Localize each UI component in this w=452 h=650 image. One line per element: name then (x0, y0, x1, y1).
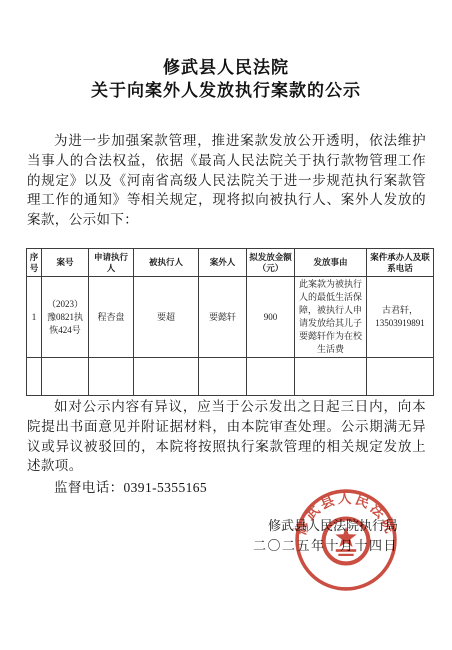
objection-text: 如对公示内容有异议，应当于公示发出之日起三日内，向本院提出书面意见并附证据材料，… (27, 397, 426, 476)
header-applicant: 申请执行人 (89, 249, 134, 277)
national-emblem-icon (324, 519, 369, 564)
document-title: 修武县人民法院 关于向案外人发放执行案款的公示 (0, 56, 452, 102)
header-seq: 序号 (27, 249, 42, 277)
cell-seq: 1 (27, 277, 42, 358)
cell-reason: 此案款为被执行人的最低生活保障，被执行人申请发放给其儿子要懿轩作为在校生活费 (295, 277, 367, 358)
handler-phone: 13503919891 (369, 317, 431, 330)
objection-paragraph: 如对公示内容有异议，应当于公示发出之日起三日内，向本院提出书面意见并附证据材料，… (27, 397, 426, 498)
header-reason: 发放事由 (295, 249, 367, 277)
cell-case-no: （2023）豫0821执恢424号 (42, 277, 89, 358)
notice-title: 关于向案外人发放执行案款的公示 (0, 79, 452, 102)
case-funds-table: 序号 案号 申请执行人 被执行人 案外人 拟发放金额（元） 发放事由 案件承办人… (26, 248, 434, 396)
court-seal: 修武县人民法院 (293, 487, 399, 593)
header-case-no: 案号 (42, 249, 89, 277)
intro-paragraph: 为进一步加强案款管理，推进案款发放公开透明，依法维护当事人的合法权益，依据《最高… (27, 131, 426, 230)
cell-amount: 900 (247, 277, 295, 358)
header-outsider: 案外人 (199, 249, 247, 277)
table-row: 1 （2023）豫0821执恢424号 程杏盘 要超 要懿轩 900 此案款为被… (27, 277, 434, 358)
table-row-empty (27, 358, 434, 396)
intro-text: 为进一步加强案款管理，推进案款发放公开透明，依法维护当事人的合法权益，依据《最高… (27, 131, 426, 230)
table-header-row: 序号 案号 申请执行人 被执行人 案外人 拟发放金额（元） 发放事由 案件承办人… (27, 249, 434, 277)
header-amount: 拟发放金额（元） (247, 249, 295, 277)
cell-executee: 要超 (134, 277, 199, 358)
court-name: 修武县人民法院 (0, 56, 452, 79)
cell-applicant: 程杏盘 (89, 277, 134, 358)
cell-outsider: 要懿轩 (199, 277, 247, 358)
notice-document: 修武县人民法院 关于向案外人发放执行案款的公示 为进一步加强案款管理，推进案款发… (0, 0, 452, 650)
header-executee: 被执行人 (134, 249, 199, 277)
cell-handler: 古君轩， 13503919891 (367, 277, 434, 358)
header-handler: 案件承办人及联系电话 (367, 249, 434, 277)
handler-name: 古君轩， (369, 304, 431, 317)
